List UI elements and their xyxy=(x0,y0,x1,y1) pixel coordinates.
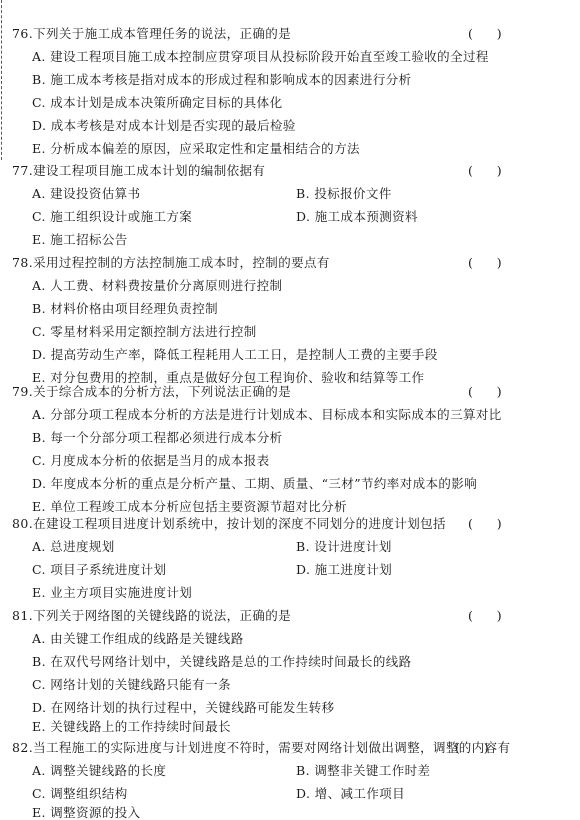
option-a: A. 调整关键线路的长度 xyxy=(32,763,166,779)
option-e: E. 关键线路上的工作持续时间最长 xyxy=(32,719,231,735)
option-d: D. 在网络计划的执行过程中，关键线路可能发生转移 xyxy=(32,700,335,716)
option-a: A. 建设投资估算书 xyxy=(32,186,140,202)
question-stem: 77.建设工程项目施工成本计划的编制依据有 xyxy=(12,163,265,179)
option-a: A. 总进度规划 xyxy=(32,539,115,555)
question-stem: 76.下列关于施工成本管理任务的说法，正确的是 xyxy=(12,26,291,42)
option-d: D. 年度成本分析的重点是分析产量、工期、质量、“三材”节约率对成本的影响 xyxy=(32,476,477,492)
option-d: D. 成本考核是对成本计划是否实现的最后检验 xyxy=(32,118,296,134)
option-b: B. 投标报价文件 xyxy=(296,186,392,202)
option-e: E. 单位工程竣工成本分析应包括主要资源节超对比分析 xyxy=(32,499,347,515)
question-stem: 82.当工程施工的实际进度与计划进度不符时，需要对网络计划做出调整，调整的内容有 xyxy=(12,740,510,756)
answer-blank[interactable]: ( ) xyxy=(468,163,502,179)
answer-blank[interactable]: ( ) xyxy=(468,26,502,42)
option-e: E. 施工招标公告 xyxy=(32,232,128,248)
answer-blank[interactable]: ( ) xyxy=(455,740,489,756)
option-c: C. 调整组织结构 xyxy=(32,786,128,802)
question-stem: 79.关于综合成本的分析方法，下列说法正确的是 xyxy=(12,384,291,400)
question-stem: 81.下列关于网络图的关键线路的说法，正确的是 xyxy=(12,608,291,624)
option-b: B. 每一个分部分项工程都必须进行成本分析 xyxy=(32,430,283,446)
option-e: E. 业主方项目实施进度计划 xyxy=(32,585,192,601)
option-e: E. 调整资源的投入 xyxy=(32,805,141,820)
option-c: C. 项目子系统进度计划 xyxy=(32,562,166,578)
question-stem: 80.在建设工程项目进度计划系统中，按计划的深度不同划分的进度计划包括 xyxy=(12,516,446,532)
option-c: C. 施工组织设计或施工方案 xyxy=(32,209,192,225)
option-a: A. 人工费、材料费按量价分离原则进行控制 xyxy=(32,278,282,294)
option-c: C. 零星材料采用定额控制方法进行控制 xyxy=(32,324,257,340)
option-e: E. 分析成本偏差的原因，应采取定性和定量相结合的方法 xyxy=(32,141,360,157)
option-c: C. 月度成本分析的依据是当月的成本报表 xyxy=(32,453,270,469)
option-d: D. 提高劳动生产率，降低工程耗用人工工日，是控制人工费的主要手段 xyxy=(32,347,438,363)
option-a: A. 由关键工作组成的线路是关键线路 xyxy=(32,631,244,647)
binding-dashed-line xyxy=(1,0,2,160)
question-stem: 78.采用过程控制的方法控制施工成本时，控制的要点有 xyxy=(12,255,330,271)
option-b: B. 在双代号网络计划中，关键线路是总的工作持续时间最长的线路 xyxy=(32,654,412,670)
option-d: D. 施工成本预测资料 xyxy=(296,209,418,225)
option-c: C. 成本计划是成本决策所确定目标的具体化 xyxy=(32,95,282,111)
option-a: A. 建设工程项目施工成本控制应贯穿项目从投标阶段开始直至竣工验收的全过程 xyxy=(32,49,489,65)
option-d: D. 施工进度计划 xyxy=(296,562,392,578)
answer-blank[interactable]: ( ) xyxy=(468,516,502,532)
option-a: A. 分部分项工程成本分析的方法是进行计划成本、目标成本和实际成本的三算对比 xyxy=(32,407,502,423)
option-b: B. 材料价格由项目经理负责控制 xyxy=(32,301,218,317)
option-c: C. 网络计划的关键线路只能有一条 xyxy=(32,677,231,693)
answer-blank[interactable]: ( ) xyxy=(468,384,502,400)
answer-blank[interactable]: ( ) xyxy=(468,608,502,624)
option-b: B. 设计进度计划 xyxy=(296,539,392,555)
answer-blank[interactable]: ( ) xyxy=(468,255,502,271)
option-b: B. 调整非关键工作时差 xyxy=(296,763,430,779)
exam-page: 76.下列关于施工成本管理任务的说法，正确的是 ( ) A. 建设工程项目施工成… xyxy=(0,0,580,820)
option-b: B. 施工成本考核是指对成本的形成过程和影响成本的因素进行分析 xyxy=(32,72,412,88)
option-d: D. 增、减工作项目 xyxy=(296,786,405,802)
